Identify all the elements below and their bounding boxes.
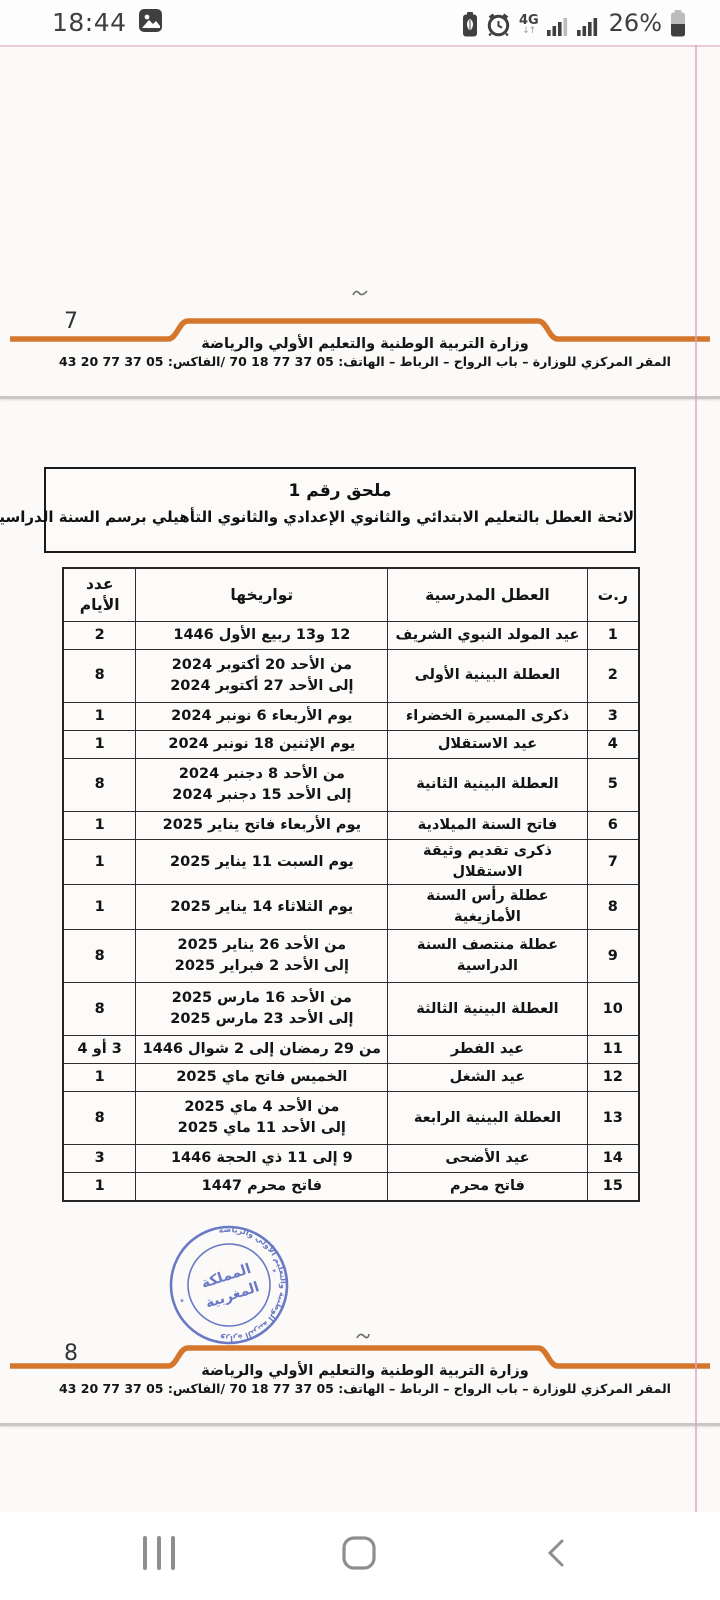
clock-time: 18:44 (52, 8, 127, 37)
scan-artifact-line (695, 45, 697, 1512)
cell-holiday: العطلة البينية الثالثة (388, 983, 587, 1036)
ministry-address: المقر المركزي للوزارة – باب الرواح – الر… (0, 354, 720, 369)
cell-days: 1 (63, 1064, 136, 1092)
table-row: 1عيد المولد النبوي الشريف12 و13 ربيع الأ… (63, 622, 639, 650)
cell-holiday: عيد الأضحى (388, 1145, 587, 1173)
table-row: 14عيد الأضحى9 إلى 11 ذي الحجة 14463 (63, 1145, 639, 1173)
cell-dates: من الأحد 16 مارس 2025إلى الأحد 23 مارس 2… (136, 983, 388, 1036)
table-row: 12عيد الشغلالخميس فاتح ماي 20251 (63, 1064, 639, 1092)
header-dates: تواريخها (136, 568, 388, 622)
cell-days: 3 (63, 1145, 136, 1173)
table-row: 15فاتح محرمفاتح محرم 14471 (63, 1173, 639, 1201)
table-row: 3ذكرى المسيرة الخضراءيوم الأربعاء 6 نونب… (63, 703, 639, 731)
alarm-icon (486, 12, 511, 37)
table-header-row: ر.ت العطل المدرسية تواريخها عدد الأيام (63, 568, 639, 622)
cell-days: 8 (63, 650, 136, 703)
pdf-viewer-content[interactable]: 7 وزارة التربية الوطنية والتعليم الأولي … (0, 45, 720, 1512)
ministry-address: المقر المركزي للوزارة – باب الرواح – الر… (0, 1381, 720, 1396)
android-navigation-bar (0, 1512, 720, 1600)
ministry-name: وزارة التربية الوطنية والتعليم الأولي وا… (0, 1363, 720, 1379)
cell-holiday: العطلة البينية الثانية (388, 759, 587, 812)
cell-days: 1 (63, 1173, 136, 1201)
table-row: 8عطلة رأس السنة الأمازيغيةيوم الثلاثاء 1… (63, 885, 639, 930)
table-row: 11عيد الفطرمن 29 رمضان إلى 2 شوال 14463 … (63, 1036, 639, 1064)
cell-days: 1 (63, 812, 136, 840)
home-button[interactable] (342, 1536, 376, 1574)
cell-dates: من الأحد 26 يناير 2025إلى الأحد 2 فبراير… (136, 930, 388, 983)
holidays-table: ر.ت العطل المدرسية تواريخها عدد الأيام 1… (62, 567, 640, 1202)
cell-dates: يوم الأربعاء فاتح يناير 2025 (136, 812, 388, 840)
cell-days: 8 (63, 1092, 136, 1145)
cell-dates: يوم السبت 11 يناير 2025 (136, 840, 388, 885)
cell-dates: يوم الإثنين 18 نونبر 2024 (136, 731, 388, 759)
cell-holiday: ذكرى المسيرة الخضراء (388, 703, 587, 731)
annex-title-box: ملحق رقم 1 لائحة العطل بالتعليم الابتدائ… (44, 467, 636, 553)
cell-holiday: عطلة منتصف السنة الدراسية (388, 930, 587, 983)
cell-number: 7 (587, 840, 639, 885)
cell-number: 9 (587, 930, 639, 983)
cell-dates: من الأحد 20 أكتوبر 2024إلى الأحد 27 أكتو… (136, 650, 388, 703)
cell-dates: 12 و13 ربيع الأول 1446 (136, 622, 388, 650)
holiday-table-body: 1عيد المولد النبوي الشريف12 و13 ربيع الأ… (63, 622, 639, 1201)
cell-holiday: فاتح السنة الميلادية (388, 812, 587, 840)
page-separator (0, 396, 720, 399)
cell-dates: فاتح محرم 1447 (136, 1173, 388, 1201)
gallery-notification-icon (139, 9, 162, 36)
cell-number: 5 (587, 759, 639, 812)
signal-strength-icon-sim2 (577, 15, 599, 37)
header-number: ر.ت (587, 568, 639, 622)
back-button[interactable] (546, 1538, 566, 1572)
cell-dates: الخميس فاتح ماي 2025 (136, 1064, 388, 1092)
table-row: 4عيد الاستقلاليوم الإثنين 18 نونبر 20241 (63, 731, 639, 759)
cell-holiday: عطلة رأس السنة الأمازيغية (388, 885, 587, 930)
cell-number: 4 (587, 731, 639, 759)
cell-number: 1 (587, 622, 639, 650)
cell-number: 15 (587, 1173, 639, 1201)
data-arrows-icon: ↓↑ (522, 27, 535, 36)
cell-holiday: العطلة البينية الأولى (388, 650, 587, 703)
signal-strength-icon-sim1 (547, 15, 569, 37)
battery-saver-icon (462, 12, 478, 37)
cell-dates: يوم الأربعاء 6 نونبر 2024 (136, 703, 388, 731)
cell-dates: 9 إلى 11 ذي الحجة 1446 (136, 1145, 388, 1173)
cell-holiday: عيد المولد النبوي الشريف (388, 622, 587, 650)
table-row: 9عطلة منتصف السنة الدراسيةمن الأحد 26 ين… (63, 930, 639, 983)
status-bar: 18:44 (0, 0, 720, 45)
cell-days: 1 (63, 703, 136, 731)
table-row: 6فاتح السنة الميلاديةيوم الأربعاء فاتح ي… (63, 812, 639, 840)
cell-holiday: العطلة البينية الرابعة (388, 1092, 587, 1145)
cell-days: 2 (63, 622, 136, 650)
cell-holiday: عيد الفطر (388, 1036, 587, 1064)
battery-icon (670, 10, 686, 37)
cell-holiday: فاتح محرم (388, 1173, 587, 1201)
scan-artifact-line (0, 45, 720, 47)
cell-number: 11 (587, 1036, 639, 1064)
cell-number: 6 (587, 812, 639, 840)
cell-days: 8 (63, 930, 136, 983)
table-row: 10العطلة البينية الثالثةمن الأحد 16 مارس… (63, 983, 639, 1036)
cell-holiday: عيد الاستقلال (388, 731, 587, 759)
cell-number: 3 (587, 703, 639, 731)
cell-days: 1 (63, 840, 136, 885)
header-days: عدد الأيام (63, 568, 136, 622)
recents-button[interactable] (143, 1536, 175, 1570)
cell-days: 8 (63, 759, 136, 812)
cell-dates: من الأحد 4 ماي 2025إلى الأحد 11 ماي 2025 (136, 1092, 388, 1145)
cell-days: 1 (63, 731, 136, 759)
cell-holiday: ذكرى تقديم وثيقة الاستقلال (388, 840, 587, 885)
annex-title: ملحق رقم 1 (46, 481, 634, 501)
table-row: 7ذكرى تقديم وثيقة الاستقلاليوم السبت 11 … (63, 840, 639, 885)
header-holiday: العطل المدرسية (388, 568, 587, 622)
cell-days: 3 أو 4 (63, 1036, 136, 1064)
network-type-indicator: 4G ↓↑ (519, 14, 539, 36)
annex-subtitle: لائحة العطل بالتعليم الابتدائي والثانوي … (46, 508, 634, 526)
table-row: 2العطلة البينية الأولىمن الأحد 20 أكتوبر… (63, 650, 639, 703)
table-row: 5العطلة البينية الثانيةمن الأحد 8 دجنبر … (63, 759, 639, 812)
cell-number: 2 (587, 650, 639, 703)
table-row: 13العطلة البينية الرابعةمن الأحد 4 ماي 2… (63, 1092, 639, 1145)
ink-mark (352, 288, 368, 297)
cell-days: 1 (63, 885, 136, 930)
cell-number: 14 (587, 1145, 639, 1173)
ministry-name: وزارة التربية الوطنية والتعليم الأولي وا… (0, 336, 720, 352)
cell-dates: من 29 رمضان إلى 2 شوال 1446 (136, 1036, 388, 1064)
svg-text:٭: ٭ (178, 1296, 186, 1307)
cell-number: 10 (587, 983, 639, 1036)
cell-days: 8 (63, 983, 136, 1036)
cell-holiday: عيد الشغل (388, 1064, 587, 1092)
cell-number: 8 (587, 885, 639, 930)
cell-dates: يوم الثلاثاء 14 يناير 2025 (136, 885, 388, 930)
battery-percentage: 26% (609, 9, 662, 37)
cell-number: 12 (587, 1064, 639, 1092)
page-separator (0, 1423, 720, 1426)
cell-number: 13 (587, 1092, 639, 1145)
cell-dates: من الأحد 8 دجنبر 2024إلى الأحد 15 دجنبر … (136, 759, 388, 812)
